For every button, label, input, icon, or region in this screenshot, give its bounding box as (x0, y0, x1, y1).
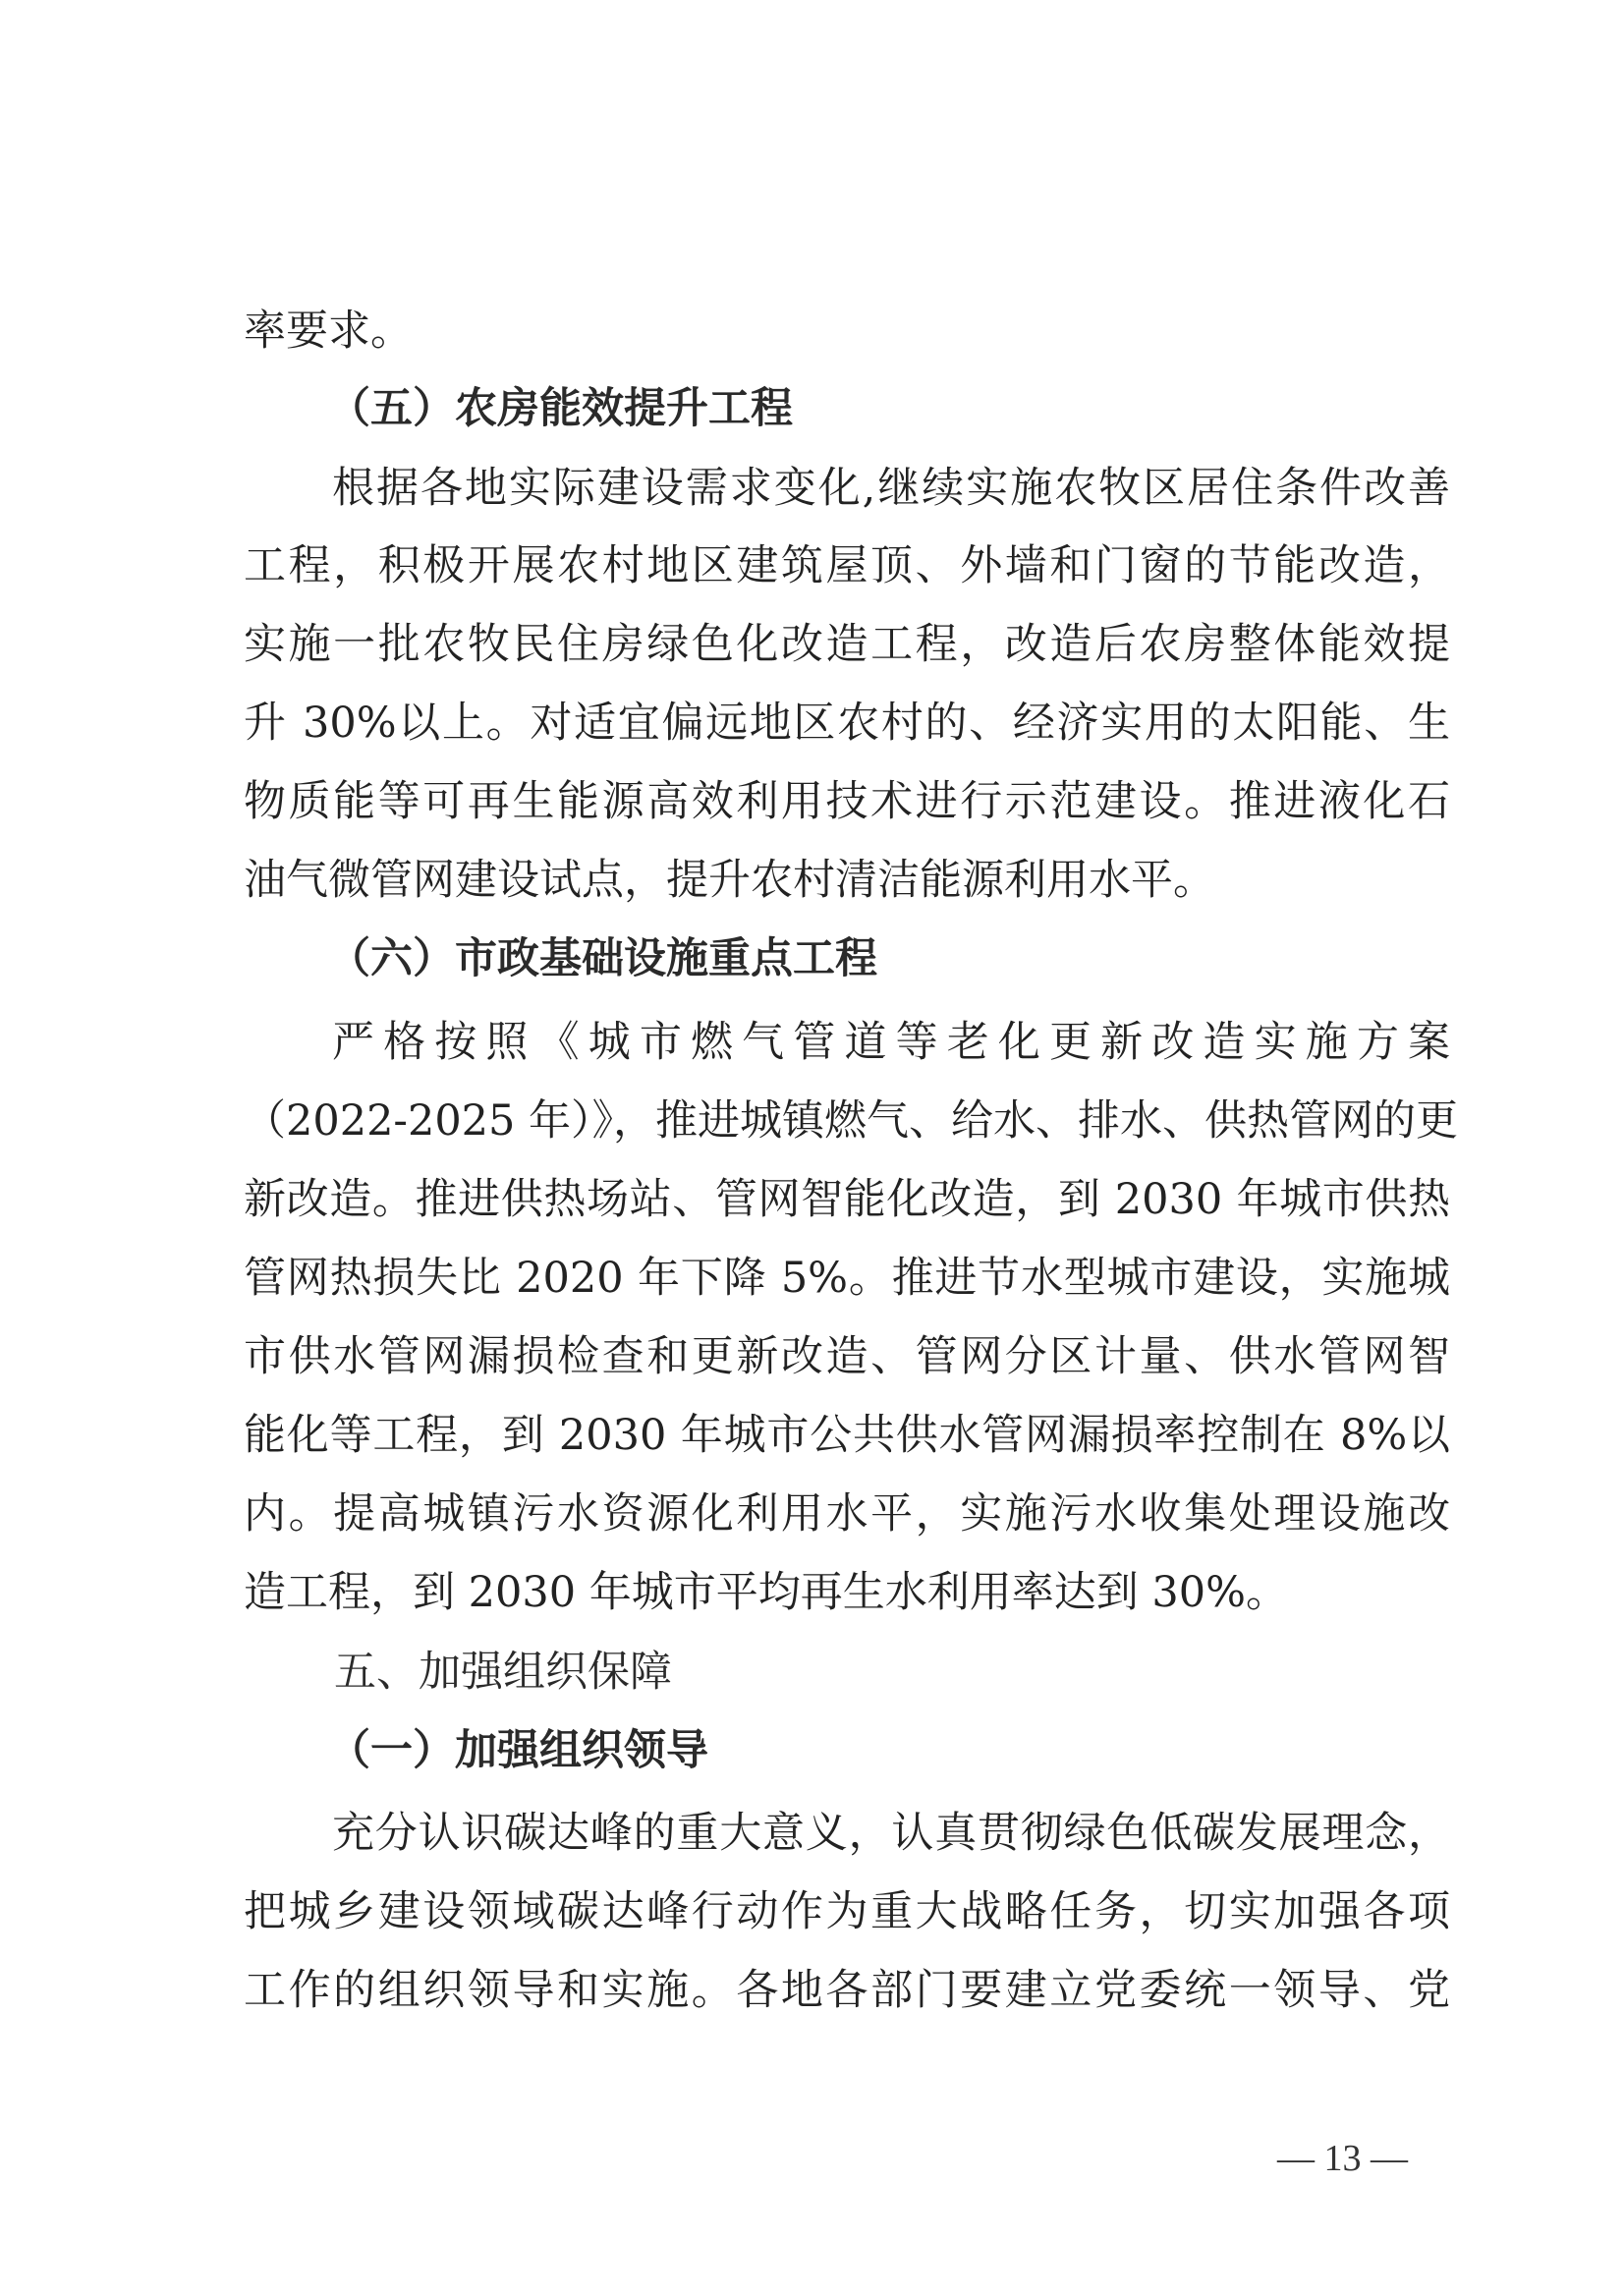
section-heading-6: （六）市政基础设施重点工程 (328, 929, 877, 988)
paragraph-line: 管网热损失比 2020 年下降 5%。推进节水型城市建设，实施城 (244, 1249, 1450, 1308)
paragraph-line: 根据各地实际建设需求变化,继续实施农牧区居住条件改善 (332, 459, 1450, 518)
document-page: 率要求。 （五）农房能效提升工程 根据各地实际建设需求变化,继续实施农牧区居住条… (0, 0, 1624, 2295)
paragraph-line: 内。提高城镇污水资源化利用水平，实施污水收集处理设施改 (244, 1484, 1450, 1543)
paragraph-line: 严格按照《城市燃气管道等老化更新改造实施方案 (332, 1013, 1450, 1072)
paragraph-line: 造工程，到 2030 年城市平均再生水利用率达到 30%。 (244, 1563, 1288, 1622)
section-heading-5: （五）农房能效提升工程 (328, 379, 793, 438)
paragraph-line: 油气微管网建设试点，提升农村清洁能源利用水平。 (244, 851, 1215, 910)
chapter-heading-5: 五、加强组织保障 (334, 1643, 672, 1702)
section-heading-1: （一）加强组织领导 (328, 1721, 708, 1780)
paragraph-line: 升 30%以上。对适宜偏远地区农村的、经济实用的太阳能、生 (244, 694, 1450, 753)
paragraph-line: 工程，积极开展农村地区建筑屋顶、外墙和门窗的节能改造， (244, 536, 1450, 595)
paragraph-line: 实施一批农牧民住房绿色化改造工程，改造后农房整体能效提 (244, 615, 1450, 674)
paragraph-line: （2022-2025 年）》，推进城镇燃气、给水、排水、供热管网的更 (244, 1092, 1450, 1150)
paragraph-line: 充分认识碳达峰的重大意义，认真贯彻绿色低碳发展理念， (332, 1804, 1450, 1863)
page-number: — 13 — (1277, 2134, 1408, 2183)
paragraph-line: 把城乡建设领域碳达峰行动作为重大战略任务，切实加强各项 (244, 1882, 1450, 1941)
paragraph-line: 新改造。推进供热场站、管网智能化改造，到 2030 年城市供热 (244, 1170, 1450, 1229)
paragraph-line: 率要求。 (244, 302, 413, 361)
paragraph-line: 能化等工程，到 2030 年城市公共供水管网漏损率控制在 8%以 (244, 1406, 1450, 1465)
paragraph-line: 物质能等可再生能源高效利用技术进行示范建设。推进液化石 (244, 772, 1450, 831)
paragraph-line: 市供水管网漏损检查和更新改造、管网分区计量、供水管网智 (244, 1327, 1450, 1386)
paragraph-line: 工作的组织领导和实施。各地各部门要建立党委统一领导、党 (244, 1961, 1450, 2020)
